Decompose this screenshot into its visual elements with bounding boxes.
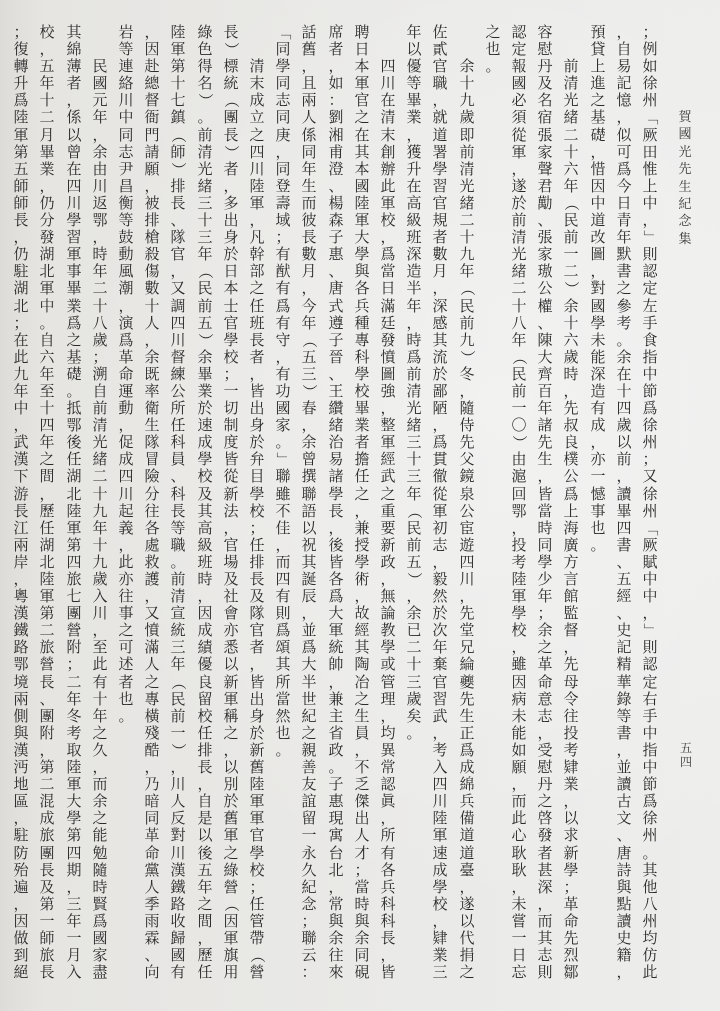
text-column: 預貸上進之基礎，惜因中道改圖，對國學未能深造有成，亦一憾事也。 <box>585 24 611 554</box>
paragraph-start-column: 四川在清末創辦此軍校，爲當日滿廷發憤圖強，整軍經武之重要新政，無論教學或管理，均… <box>375 24 401 981</box>
text-column: 陸軍第十七鎮（師）排長、隊官，又調四川督練公所任科員、科長等職。前清宣統三年（民… <box>165 24 191 981</box>
text-column: 校，五年十二月畢業，仍分發湖北軍中。自六年至十四年之間，歷任湖北陸軍第二旅營長、… <box>34 24 60 981</box>
text-column: 其綿薄者，係以曾在四川學習軍事畢業爲之基礎。抵鄂後任湖北陸軍第四旅七團營附；二年… <box>61 24 87 981</box>
text-column: ，因赴總督衙門請願，被排槍殺傷數十人，余既率衛生隊冒險分往各處救護，又憤滿人之專… <box>139 24 165 981</box>
running-head-book-title: 賀國光先生紀念集 <box>673 109 697 248</box>
paragraph-start-column: 民國元年，余由川返鄂，時年二十八歲；溯自前清光緒二十九年十九歲入川，至此有十年之… <box>87 24 113 981</box>
text-column: 綠色得名）。前清光緒三十三年（民前五）余畢業於速成學校及其高級班時，因成績優良留… <box>192 24 218 981</box>
couplet-quote-column: 「同學同志同庚，同登壽域；有猷有爲有守，有功國家。」聯雖不佳，而四有則爲頌其所當… <box>270 24 296 759</box>
text-column: ；例如徐州「厥田惟上中，」則認定左手食指中節爲徐州；又徐州「厥賦中中，」則認定右… <box>637 24 663 981</box>
text-column: 聘日本軍官之在其本國陸軍大學與各兵種專科學校畢業者擔任之，兼授學術，故經其陶冶之… <box>349 24 375 981</box>
text-column: 話舊，且兩人係同年生而彼長數月，今年（五三）春，余曾撰聯語以祝其誕辰，並爲大半世… <box>296 24 322 981</box>
book-page: 賀國光先生紀念集 五四 ；例如徐州「厥田惟上中，」則認定左手食指中節爲徐州；又徐… <box>0 0 720 1011</box>
text-column: 岩等連絡川中同志尹昌衡等鼓動風潮，演爲革命運動，促成四川起義，此亦往事之可述者也… <box>113 24 139 725</box>
text-column: 容慰丹及名宿張家聲君勱、張家璈公權、陳大齊百年諸先生，皆當時同學少年；余之革命意… <box>532 24 558 981</box>
text-column: 年以優等畢業，獲升在高級班深造半年，時爲前清光緒三十三年（民前五），余已二十三歲… <box>401 24 427 742</box>
page-number: 五四 <box>674 741 698 769</box>
paragraph-start-column: 前清光緒二十六年（民前一二）余十六歲時，先叔良樸公爲上海廣方言館監督，先母令往投… <box>558 24 584 981</box>
paragraph-start-column: 清末成立之四川陸軍，凡幹部之任班長者，皆出身於弁目學校；任排長及隊官者，皆出身於… <box>244 24 270 981</box>
text-column: 長）標統（團長）者，多出身於日本士官學校；一切制度皆從新法，官場及社會亦悉以新軍… <box>218 24 244 981</box>
paragraph-start-column: 余十九歲即前清光緒二十九年（民前九）冬，隨侍先父鏡泉公宦遊四川，先堂兄綸夔先生正… <box>454 24 480 981</box>
text-column: 之也。 <box>480 24 506 75</box>
text-column: 席者，如：劉湘甫澄、楊森子惠、唐式遵子晉、王纘緒治易諸學長，後皆各爲大軍統帥，兼… <box>323 24 349 981</box>
text-column: 認定報國必須從軍，遂於前清光緒二十八年（民前一〇）由滬回鄂，投考陸軍學校，雖因病… <box>506 24 532 981</box>
text-column: ，自易記憶，似可爲今日青年默書之參考。余在十四歲以前，讀畢四書、五經、史記精華錄… <box>611 24 637 981</box>
text-column: ；復轉升爲陸軍第五師師長，仍駐湖北；在此九年中，武漢下游長江兩岸，粵漢鐵路鄂境兩… <box>8 24 34 981</box>
text-column: 佐貳官職，就道署學習官規者數月，深感其流於鄙陋，爲貫徹從軍初志，毅然於次年棄官習… <box>427 24 453 981</box>
